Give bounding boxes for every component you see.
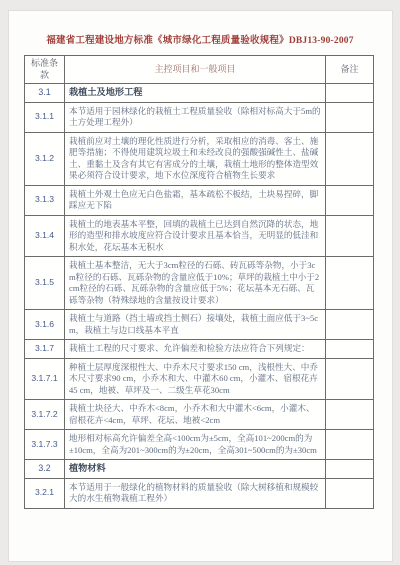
remarks-cell [326,340,374,359]
clause-cell: 3.2.1 [25,478,65,508]
item-text-cell: 本节适用于园林绿化的栽植土工程质量验收（除相对标高大于5m的土方处理工程外） [65,102,326,132]
clause-cell: 3.1.6 [25,310,65,340]
clause-cell: 3.1.4 [25,215,65,257]
clause-cell: 3.1.1 [25,102,65,132]
item-text-cell: 栽植土工程的尺寸要求、允许偏差和检验方法应符合下列规定： [65,340,326,359]
table-row: 3.2 植物材料 [25,460,374,479]
clause-cell: 3.2 [25,460,65,479]
table-row: 3.1 栽植土及地形工程 [25,84,374,103]
item-text-cell: 栽植土块径大、中乔木<8cm，小乔木和大中灌木<6cm，小灌木、宿根花卉<4cm… [65,400,326,430]
clause-cell: 3.1.3 [25,185,65,215]
item-text-cell: 栽植土基本整洁，无大于3cm粒径的石砾、砖瓦砾等杂物，小于3cm粒径的石砾、瓦砾… [65,257,326,310]
table-row: 3.1.7 栽植土工程的尺寸要求、允许偏差和检验方法应符合下列规定： [25,340,374,359]
remarks-cell [326,132,374,185]
item-text-cell: 栽植土与道路（挡土墙或挡土侧石）接壤处，栽植土面应低于3~5cm，栽植土与边口线… [65,310,326,340]
remarks-cell [326,430,374,460]
table-row: 3.1.2 栽植前应对土壤的理化性质进行分析，采取相应的消毒、客土、施肥等措施；… [25,132,374,185]
remarks-cell [326,84,374,103]
table-row: 3.1.1 本节适用于园林绿化的栽植土工程质量验收（除相对标高大于5m的土方处理… [25,102,374,132]
item-text-cell: 种植土层厚度深根性大、中乔木尺寸要求150 cm，浅根性大、中乔木尺寸要求90 … [65,358,326,400]
item-text-cell: 地形相对标高允许偏差全高<100cm为±5cm，全高101~200cm的为±10… [65,430,326,460]
col-header-items: 主控项目和一般项目 [65,56,326,84]
remarks-cell [326,460,374,479]
clause-cell: 3.1.7.1 [25,358,65,400]
remarks-cell [326,185,374,215]
table-row: 3.1.7.2 栽植土块径大、中乔木<8cm，小乔木和大中灌木<6cm，小灌木、… [25,400,374,430]
col-header-clause: 标准条款 [25,56,65,84]
item-text-cell: 植物材料 [65,460,326,479]
clause-cell: 3.1.2 [25,132,65,185]
clause-cell: 3.1.7.2 [25,400,65,430]
remarks-cell [326,257,374,310]
table-row: 3.1.5 栽植土基本整洁，无大于3cm粒径的石砾、砖瓦砾等杂物，小于3cm粒径… [25,257,374,310]
table-row: 3.2.1 本节适用于一般绿化的植物材料的质量验收（除大树移植和规模较大的水生植… [25,478,374,508]
table-row: 3.1.6 栽植土与道路（挡土墙或挡土侧石）接壤处，栽植土面应低于3~5cm，栽… [25,310,374,340]
clause-cell: 3.1.7.3 [25,430,65,460]
col-header-remarks: 备注 [326,56,374,84]
table-row: 3.1.7.3 地形相对标高允许偏差全高<100cm为±5cm，全高101~20… [25,430,374,460]
standard-clauses-table: 标准条款 主控项目和一般项目 备注 3.1 栽植土及地形工程 3.1.1 本节适… [24,55,374,509]
clause-cell: 3.1.5 [25,257,65,310]
item-text-cell: 栽植前应对土壤的理化性质进行分析，采取相应的消毒、客土、施肥等措施；不得使用建筑… [65,132,326,185]
table-row: 3.1.7.1 种植土层厚度深根性大、中乔木尺寸要求150 cm，浅根性大、中乔… [25,358,374,400]
item-text-cell: 栽植土及地形工程 [65,84,326,103]
remarks-cell [326,310,374,340]
item-text-cell: 栽植土的地表基本平整，回填的栽植土已达到自然沉降的状态，地形的造型和排水坡度应符… [65,215,326,257]
remarks-cell [326,215,374,257]
remarks-cell [326,102,374,132]
remarks-cell [326,358,374,400]
item-text-cell: 栽植土外观土色应无白色盐霜，基本疏松不板结，土块易捏碎，脚踩应无下陷 [65,185,326,215]
remarks-cell [326,478,374,508]
table-header-row: 标准条款 主控项目和一般项目 备注 [25,56,374,84]
clause-cell: 3.1 [25,84,65,103]
item-text-cell: 本节适用于一般绿化的植物材料的质量验收（除大树移植和规模较大的水生植物栽植工程外… [65,478,326,508]
table-row: 3.1.3 栽植土外观土色应无白色盐霜，基本疏松不板结，土块易捏碎，脚踩应无下陷 [25,185,374,215]
table-row: 3.1.4 栽植土的地表基本平整，回填的栽植土已达到自然沉降的状态，地形的造型和… [25,215,374,257]
remarks-cell [326,400,374,430]
document-title: 福建省工程建设地方标准《城市绿化工程质量验收规程》DBJ13-90-2007 [0,32,400,46]
clause-cell: 3.1.7 [25,340,65,359]
